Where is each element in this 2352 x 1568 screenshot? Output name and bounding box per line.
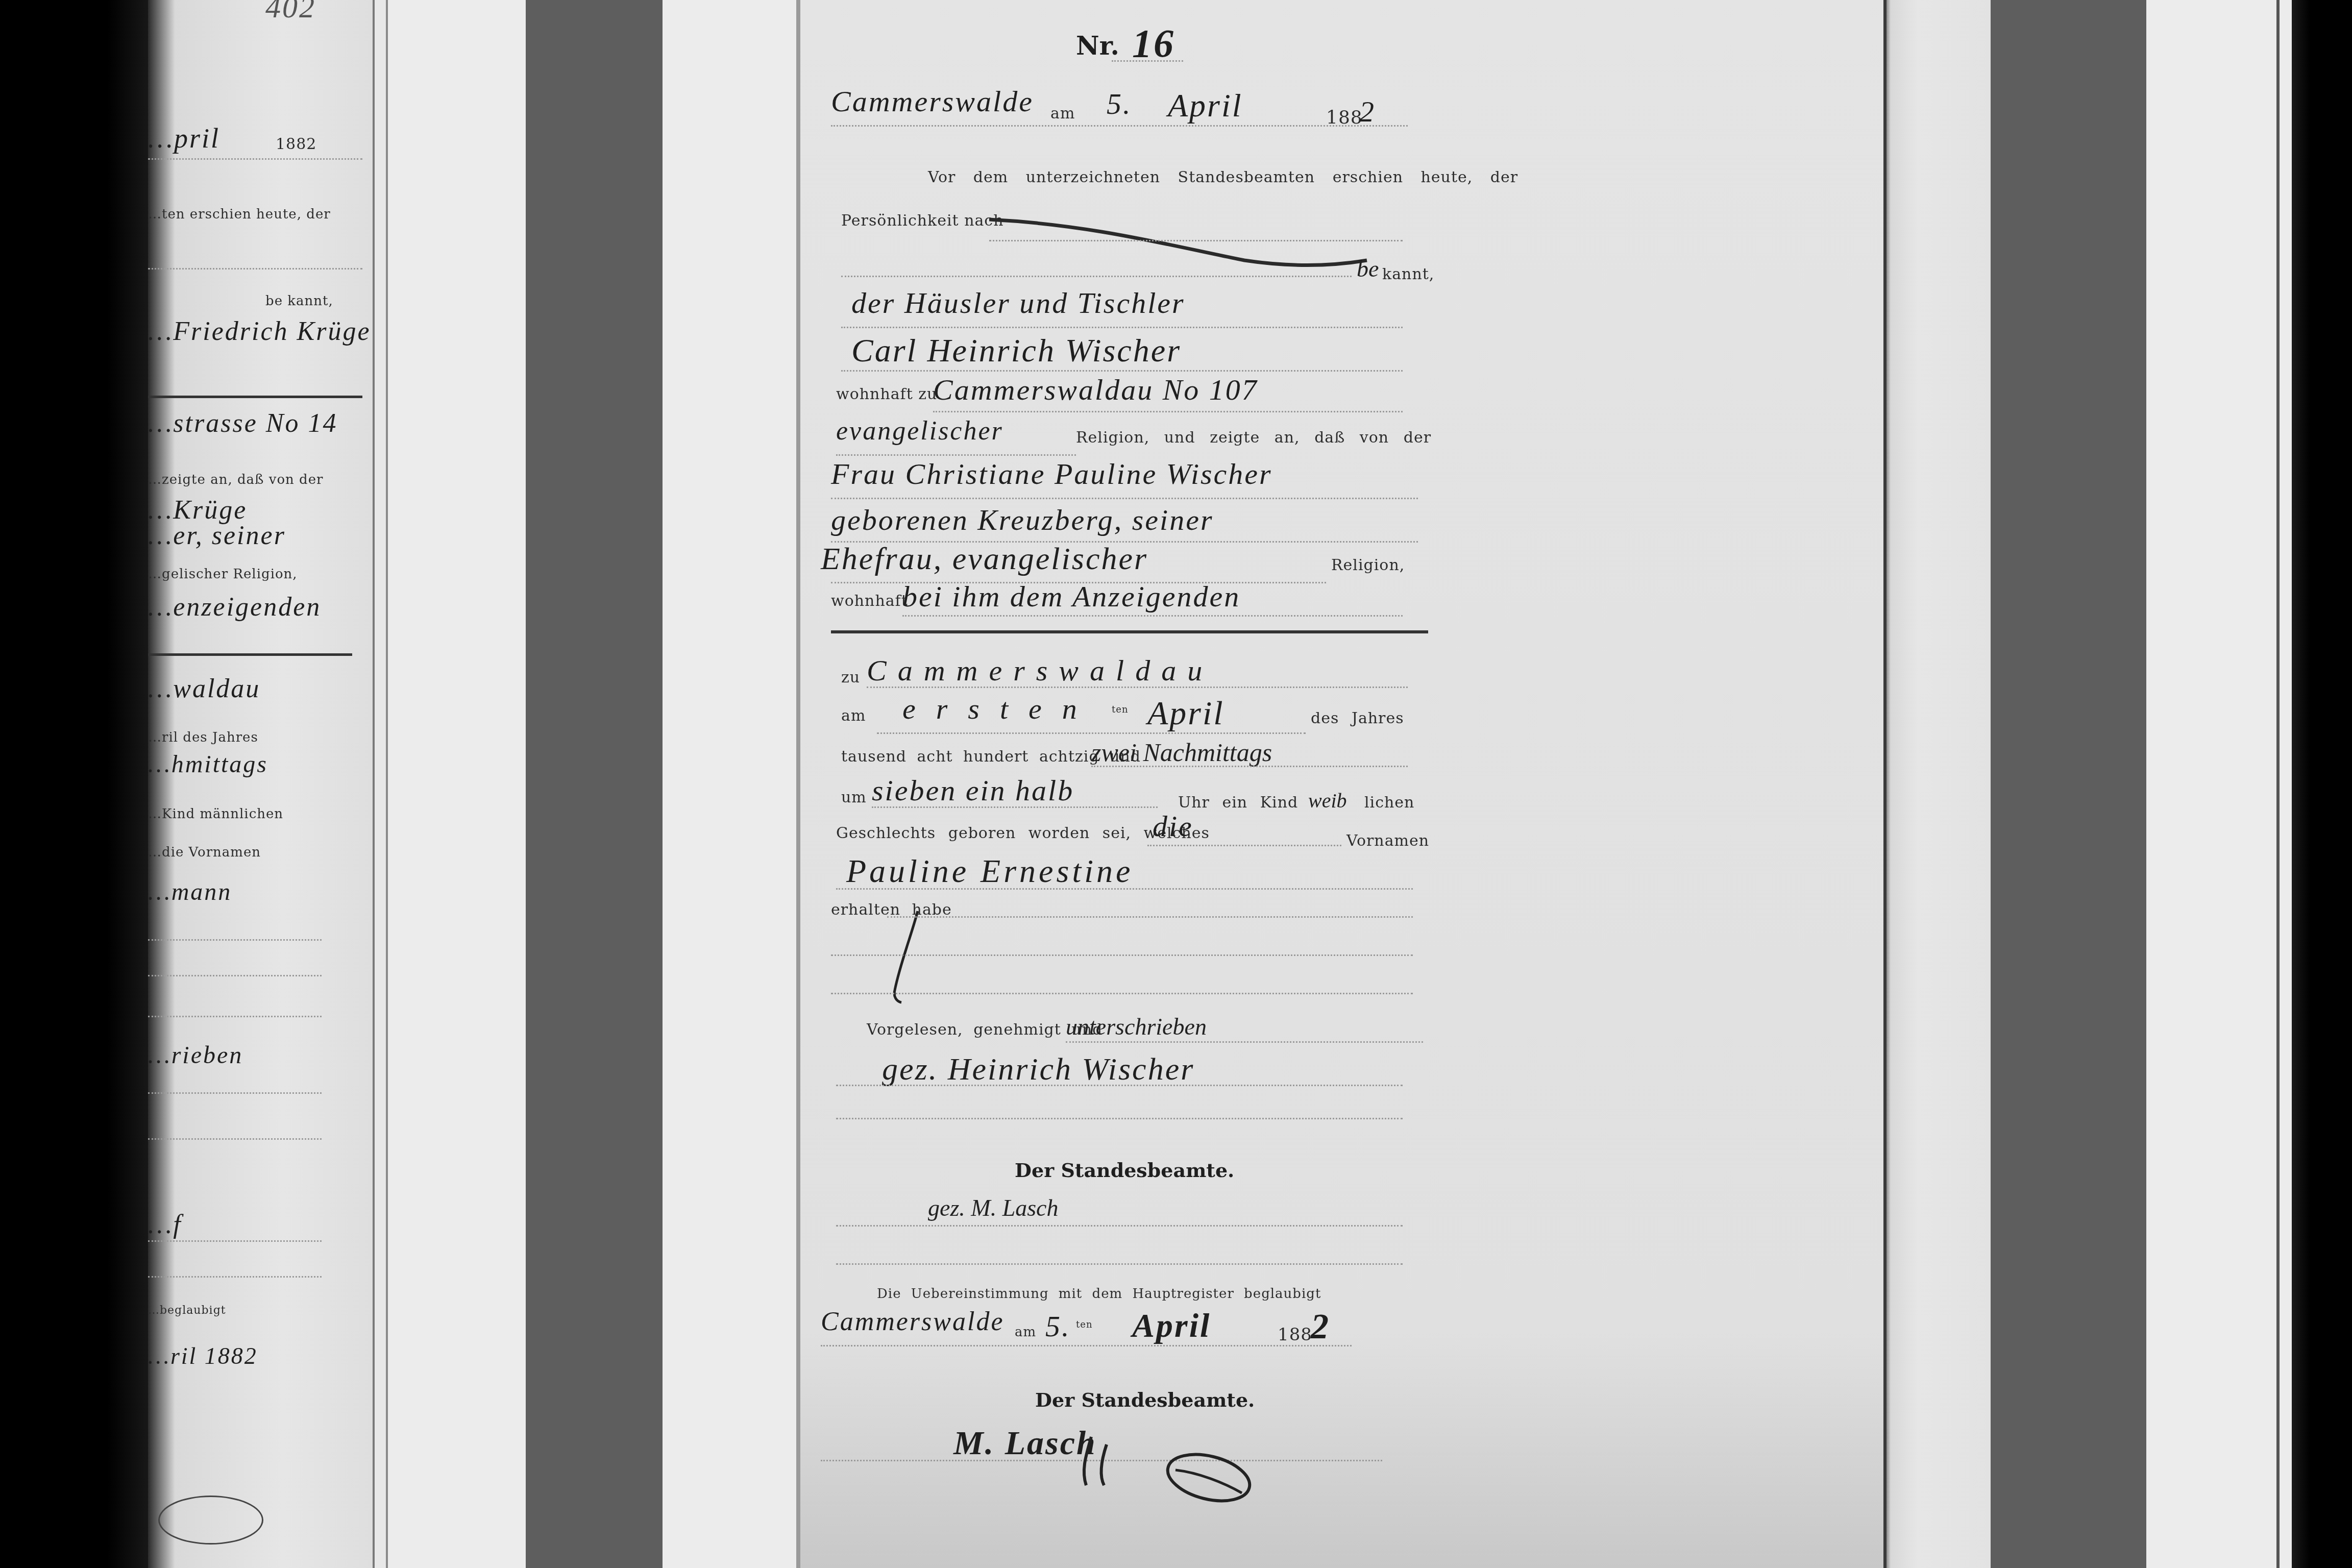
left-vignette <box>0 0 153 1568</box>
religion-text: Religion, und zeigte an, daß von der <box>1076 429 1431 447</box>
left-page: 402 …pril 1882 …ten erschien heute, der … <box>148 0 373 1568</box>
dotline <box>836 1085 1403 1086</box>
cert-month: April <box>1132 1307 1211 1345</box>
birth-day-suffix: ten <box>1112 704 1128 715</box>
sex-print: lichen <box>1364 794 1414 812</box>
left-line: …beglaubigt <box>148 1304 226 1317</box>
left-dotline <box>148 1016 322 1017</box>
identity-suffix-hand: be <box>1357 255 1379 282</box>
dotline <box>841 370 1403 372</box>
left-page-border <box>373 0 388 1568</box>
section-rule <box>831 630 1428 633</box>
left-dotline <box>148 939 322 941</box>
mother-residence-value: bei ihm dem Anzeigenden <box>902 579 1240 614</box>
dotline <box>836 888 1413 890</box>
left-line: …rieben <box>148 1041 243 1069</box>
left-line: …ten erschien heute, der <box>148 207 331 222</box>
intro-text: Vor dem unterzeichneten Standesbeamten e… <box>928 168 1518 186</box>
gray-band-right <box>1991 0 2146 1568</box>
sex-hand: weib <box>1308 789 1347 813</box>
year-suffix: 2 <box>1359 94 1376 129</box>
left-line: …die Vornamen <box>148 845 261 860</box>
residence-value: Cammerswaldau No 107 <box>933 373 1258 407</box>
left-year: 1882 <box>276 135 316 153</box>
left-dotline <box>148 975 322 976</box>
registrar-signature: gez. M. Lasch <box>928 1194 1059 1221</box>
dotline <box>989 240 1403 241</box>
cert-am: am <box>1015 1325 1036 1340</box>
mother-residence-label: wohnhaft <box>831 592 908 610</box>
dotline <box>1066 1041 1423 1043</box>
left-line: …Friedrich Krüge <box>148 316 371 347</box>
dotline <box>836 1263 1403 1265</box>
time-label: um <box>841 789 867 806</box>
left-line: …ril des Jahres <box>148 730 258 745</box>
registrar-signature-2: M. Lasch <box>953 1424 1097 1463</box>
entry-label: Nr. <box>1076 31 1119 61</box>
left-dotline <box>148 268 362 269</box>
dotline <box>831 498 1418 499</box>
gap <box>388 0 526 1568</box>
gap <box>2146 0 2292 1568</box>
left-line: …gelischer Religion, <box>148 567 298 582</box>
left-line: …zeigte an, daß von der <box>148 472 324 487</box>
cert-year-prefix: 188 <box>1278 1325 1312 1345</box>
left-line: …ril 1882 <box>148 1342 258 1369</box>
birth-place-label: zu <box>841 669 860 687</box>
dotline <box>836 1118 1403 1119</box>
bracket-mark <box>887 909 928 1006</box>
official-seal-stamp <box>1163 1450 1255 1506</box>
cert-year-suffix: 2 <box>1311 1307 1330 1347</box>
informant-occupation: der Häusler und Tischler <box>851 286 1185 320</box>
page-edge-line <box>2276 0 2280 1568</box>
dotline <box>867 687 1408 688</box>
strike-line <box>989 214 1377 276</box>
dotline <box>836 454 1076 456</box>
day: 5. <box>1107 87 1132 121</box>
am-label: am <box>1050 105 1075 122</box>
left-line: …f <box>148 1210 182 1240</box>
read-approved-value: unterschrieben <box>1066 1013 1207 1040</box>
place-name: Cammerswalde <box>831 84 1034 118</box>
right-page-strip <box>1883 0 1991 1568</box>
mother-religion-label: Religion, <box>1331 556 1405 574</box>
residence-label: wohnhaft zu <box>836 385 937 403</box>
informant-religion: evangelischer <box>836 416 1003 446</box>
birth-date-label: am <box>841 707 866 725</box>
left-page-number: 402 <box>265 0 316 25</box>
left-line: …pril <box>148 122 220 154</box>
left-dotline <box>148 1240 322 1242</box>
dotline <box>831 954 1413 956</box>
left-line: …mann <box>148 878 232 906</box>
child-given-names: Pauline Ernestine <box>846 852 1133 890</box>
left-seal-stamp <box>158 1496 263 1545</box>
left-line: be kannt, <box>265 293 333 309</box>
cert-day: 5. <box>1045 1309 1071 1343</box>
dotline <box>841 327 1403 328</box>
left-rule <box>148 396 362 398</box>
left-line: …waldau <box>148 674 260 704</box>
informant-signature: gez. Heinrich Wischer <box>882 1051 1194 1088</box>
informant-name: Carl Heinrich Wischer <box>851 332 1181 370</box>
certification-text: Die Uebereinstimmung mit dem Hauptregist… <box>877 1286 1321 1302</box>
registrar-heading-2: Der Standesbeamte. <box>1035 1388 1255 1411</box>
left-dotline <box>148 158 362 160</box>
cert-day-suffix: ten <box>1076 1319 1092 1330</box>
left-line: …er, seiner <box>148 521 286 551</box>
mother-maiden-name: geborenen Kreuzberg, seiner <box>831 503 1213 537</box>
main-register-page: Nr. 16 Cammerswalde am 5. April 188 2 Vo… <box>796 0 1883 1568</box>
left-dotline <box>148 1138 322 1140</box>
left-dotline <box>148 1276 322 1278</box>
article-hand: die <box>1153 809 1193 843</box>
registrar-heading: Der Standesbeamte. <box>1015 1159 1234 1182</box>
dotline <box>877 732 1306 734</box>
dotline <box>831 125 1408 127</box>
birth-month: April <box>1147 694 1224 733</box>
dotline <box>902 615 1403 617</box>
left-dotline <box>148 1092 322 1094</box>
left-rule <box>148 653 352 656</box>
dotline <box>841 276 1352 277</box>
right-vignette <box>2292 0 2352 1568</box>
dotline <box>1091 766 1408 767</box>
identity-prefix: Persönlichkeit nach <box>841 212 1003 230</box>
signature-flourish <box>1076 1434 1158 1490</box>
vornamen-label: Vornamen <box>1346 832 1429 850</box>
left-line: …hmittags <box>148 750 268 778</box>
left-line: …strasse No 14 <box>148 408 337 438</box>
dotline <box>1147 845 1341 846</box>
gray-band-left <box>526 0 663 1568</box>
left-line: …Kind männlichen <box>148 806 283 822</box>
dotline <box>831 993 1413 994</box>
birth-place-value: Cammerswaldau <box>867 653 1213 688</box>
birth-year-label: des Jahres <box>1311 709 1404 727</box>
dotline <box>821 1345 1352 1346</box>
left-line: …enzeigenden <box>148 592 321 622</box>
birth-day-value: ersten <box>902 692 1097 726</box>
dotline <box>887 916 1413 918</box>
identity-suffix-print: kannt, <box>1382 265 1434 283</box>
cert-place: Cammerswalde <box>821 1307 1004 1337</box>
time-suffix: Uhr ein Kind <box>1178 794 1298 812</box>
dotline <box>836 1225 1403 1227</box>
entry-number: 16 <box>1132 20 1175 66</box>
dotline <box>933 411 1403 412</box>
dotline <box>1112 60 1183 62</box>
month: April <box>1168 87 1243 125</box>
year-words-hand: zwei Nachmittags <box>1091 738 1272 767</box>
dotline <box>872 806 1158 808</box>
mother-name: Frau Christiane Pauline Wischer <box>831 457 1272 491</box>
gap <box>663 0 796 1568</box>
time-value: sieben ein halb <box>872 773 1074 807</box>
mother-relation-religion: Ehefrau, evangelischer <box>821 541 1148 577</box>
